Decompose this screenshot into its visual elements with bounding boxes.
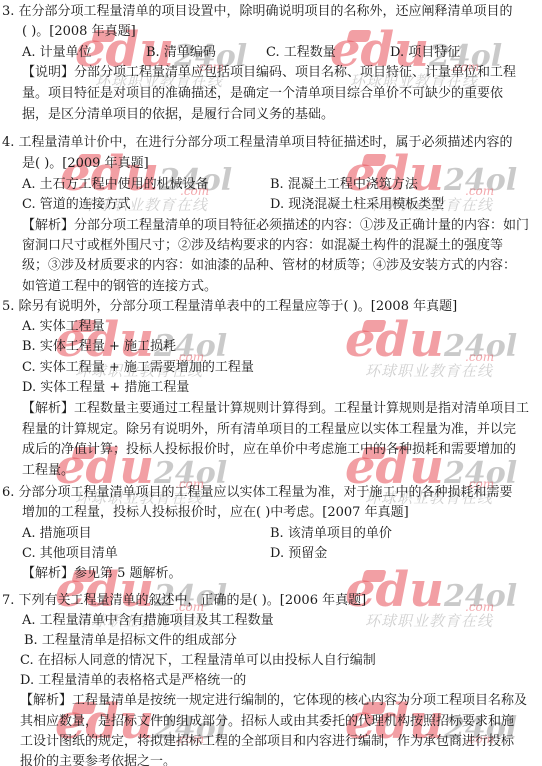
- option-d: D. 现浇混凝土柱采用模板类型: [270, 196, 444, 213]
- explanation-line: 【解析】工程量清单是按统一规定进行编制的，它体现的核心内容为分项工程项目名称及: [20, 692, 527, 709]
- question-stem: 7. 下列有关工程量清单的叙述中，正确的是( )。[2006 年真题]: [2, 592, 366, 609]
- option-c: C. 工程数量: [266, 44, 336, 61]
- explanation-line: 【解析】分部分项工程量清单的项目特征必须描述的内容：①涉及正确计量的内容：如门: [22, 217, 529, 234]
- explanation-line: 【解析】参见第 5 题解析。: [22, 565, 182, 582]
- watermark: edu24ol .com 环球职业教育在线: [345, 568, 517, 614]
- question-stem: 3. 在分部分项工程量清单的项目设置中，除明确说明项目的名称外，还应阐释清单项目…: [2, 3, 513, 20]
- option-a: A. 土石方工程中使用的机械设备: [22, 176, 209, 193]
- option-a: A. 计量单位: [22, 44, 92, 61]
- option-b: B. 工程量清单是招标文件的组成部分: [24, 632, 237, 649]
- option-a: A. 工程量清单中含有措施项目及其工程数量: [22, 612, 274, 629]
- option-b: B. 实体工程量 + 施工损耗: [22, 338, 176, 355]
- option-a: A. 措施项目: [22, 525, 92, 542]
- explanation-line: 工设计图纸的规定，将拟建招标工程的全部项目和内容进行编制，作为承包商进行投标: [20, 733, 514, 750]
- explanation-line: 据，是区分清单项目的依据，是履行合同义务的基础。: [22, 106, 334, 123]
- option-b: B. 清单编码: [146, 44, 216, 61]
- explanation-line: 窗洞口尺寸或框外围尺寸；②涉及结构要求的内容：如混凝土构件的混凝土的强度等: [22, 237, 503, 254]
- explanation-line: 【说明】分部分项工程量清单应包括项目编码、项目名称、项目特征、计量单位和工程: [22, 64, 516, 81]
- document-page: edu24ol .com 环球职业教育在线 edu24ol .com 环球职业教…: [0, 0, 542, 766]
- explanation-line: 成后的净值计算；投标人投标报价时，应在单价中考虑施工中的各种损耗和需要增加的: [22, 441, 516, 458]
- question-stem: 4. 工程量清单计价中，在进行分部分项工程量清单项目特征描述时，属于必须描述内容…: [2, 134, 513, 151]
- option-d: D. 预留金: [270, 545, 327, 562]
- explanation-line: 其相应数量，是招标文件的组成部分。招标人或由其委托的代理机构按照招标要求和施: [20, 713, 514, 730]
- question-stem: 是( )。[2009 年真题]: [22, 155, 149, 172]
- option-d: D. 工程量清单的表格格式是严格统一的: [20, 672, 246, 689]
- option-a: A. 实体工程量: [22, 318, 105, 335]
- explanation-line: 量。项目特征是对项目的准确描述，是确定一个清单项目综合单价不可缺少的重要依: [22, 85, 503, 102]
- option-c: C. 在招标人同意的情况下，工程量清单可以由投标人自行编制: [20, 652, 376, 669]
- explanation-line: 工程量。: [22, 462, 74, 479]
- watermark: edu24ol .com 环球职业教育在线: [345, 318, 517, 364]
- option-c: C. 实体工程量 + 施工需要增加的工程量: [22, 359, 254, 376]
- option-d: D. 项目特征: [390, 44, 460, 61]
- explanation-line: 程量的计算规定。除另有说明外，所有清单项目的工程量应以实体工程量为准，并以完: [22, 421, 516, 438]
- explanation-line: 【解析】工程数量主要通过工程量计算规则计算得到。工程量计算规则是指对清单项目工: [22, 400, 529, 417]
- option-c: C. 管道的连接方式: [22, 196, 131, 213]
- explanation-line: 报价的主要参考依据之一。: [20, 753, 176, 766]
- question-stem: 6. 分部分项工程量清单项目的工程量应以实体工程量为准，对于施工中的各种损耗和需…: [2, 484, 513, 501]
- option-d: D. 实体工程量 + 措施工程量: [22, 379, 189, 396]
- explanation-line: 级；③涉及材质要求的内容：如油漆的品种、管材的材质等；④涉及安装方式的内容：: [22, 257, 516, 274]
- question-stem: 5. 除另有说明外，分部分项工程量清单表中的工程量应等于( )。[2008 年真…: [2, 298, 457, 315]
- option-c: C. 其他项目清单: [22, 545, 118, 562]
- question-stem: ( )。[2008 年真题]: [22, 23, 136, 40]
- option-b: B. 混凝土工程中浇筑方法: [270, 176, 418, 193]
- explanation-line: 如管道工程中的钢管的连接方式。: [22, 278, 217, 295]
- question-stem: 增加的工程量，投标人投标报价时，应在( )中考虑。[2007 年真题]: [22, 504, 409, 521]
- option-b: B. 该清单项目的单价: [270, 525, 392, 542]
